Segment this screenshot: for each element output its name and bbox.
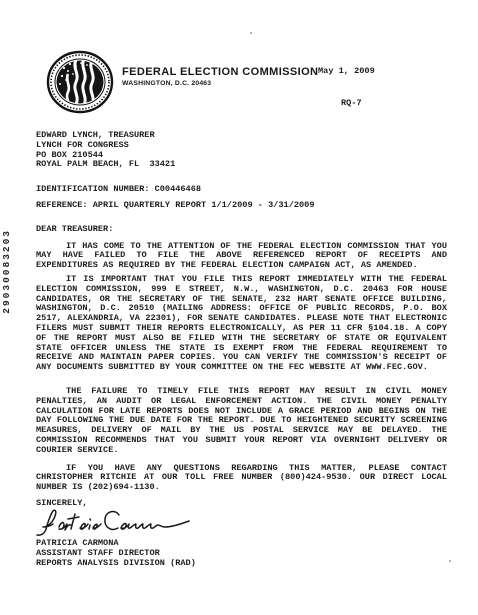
letter-body: EDWARD LYNCH, TREASURER LYNCH FOR CONGRE…: [36, 131, 447, 569]
signer-division: REPORTS ANALYSIS DIVISION (RAD): [36, 558, 447, 568]
recipient-address-block: EDWARD LYNCH, TREASURER LYNCH FOR CONGRE…: [36, 131, 447, 170]
reference-line: REFERENCE: APRIL QUARTERLY REPORT 1/1/20…: [36, 201, 447, 211]
recipient-line: ROYAL PALM BEACH, FL 33421: [36, 160, 447, 170]
scan-artifact-dot: [449, 560, 451, 562]
scan-id-vertical: 29030083203: [1, 229, 12, 314]
body-paragraph-1: IT HAS COME TO THE ATTENTION OF THE FEDE…: [36, 242, 447, 271]
letter-page: 29030083203: [0, 0, 478, 615]
identification-number-line: IDENTIFICATION NUMBER: C00446468: [36, 185, 447, 195]
signer-block: PATRICIA CARMONA ASSISTANT STAFF DIRECTO…: [36, 538, 447, 569]
agency-address: WASHINGTON, D.C. 20463: [122, 80, 318, 87]
signature-script: [33, 508, 193, 538]
body-paragraph-4: IF YOU HAVE ANY QUESTIONS REGARDING THIS…: [36, 464, 447, 493]
signer-name: PATRICIA CARMONA: [36, 538, 447, 548]
scan-artifact-dot: [250, 32, 252, 34]
agency-name: FEDERAL ELECTION COMMISSION: [122, 66, 318, 78]
agency-block: FEDERAL ELECTION COMMISSION WASHINGTON, …: [122, 66, 318, 87]
body-paragraph-2: IT IS IMPORTANT THAT YOU FILE THIS REPOR…: [36, 275, 447, 373]
form-code: RQ-7: [341, 98, 362, 108]
body-paragraph-3: THE FAILURE TO TIMELY FILE THIS REPORT M…: [36, 387, 447, 456]
letter-date: May 1, 2009: [318, 66, 375, 76]
fec-seal-icon: [46, 50, 114, 119]
salutation: DEAR TREASURER:: [36, 225, 447, 235]
signer-title: ASSISTANT STAFF DIRECTOR: [36, 548, 447, 558]
